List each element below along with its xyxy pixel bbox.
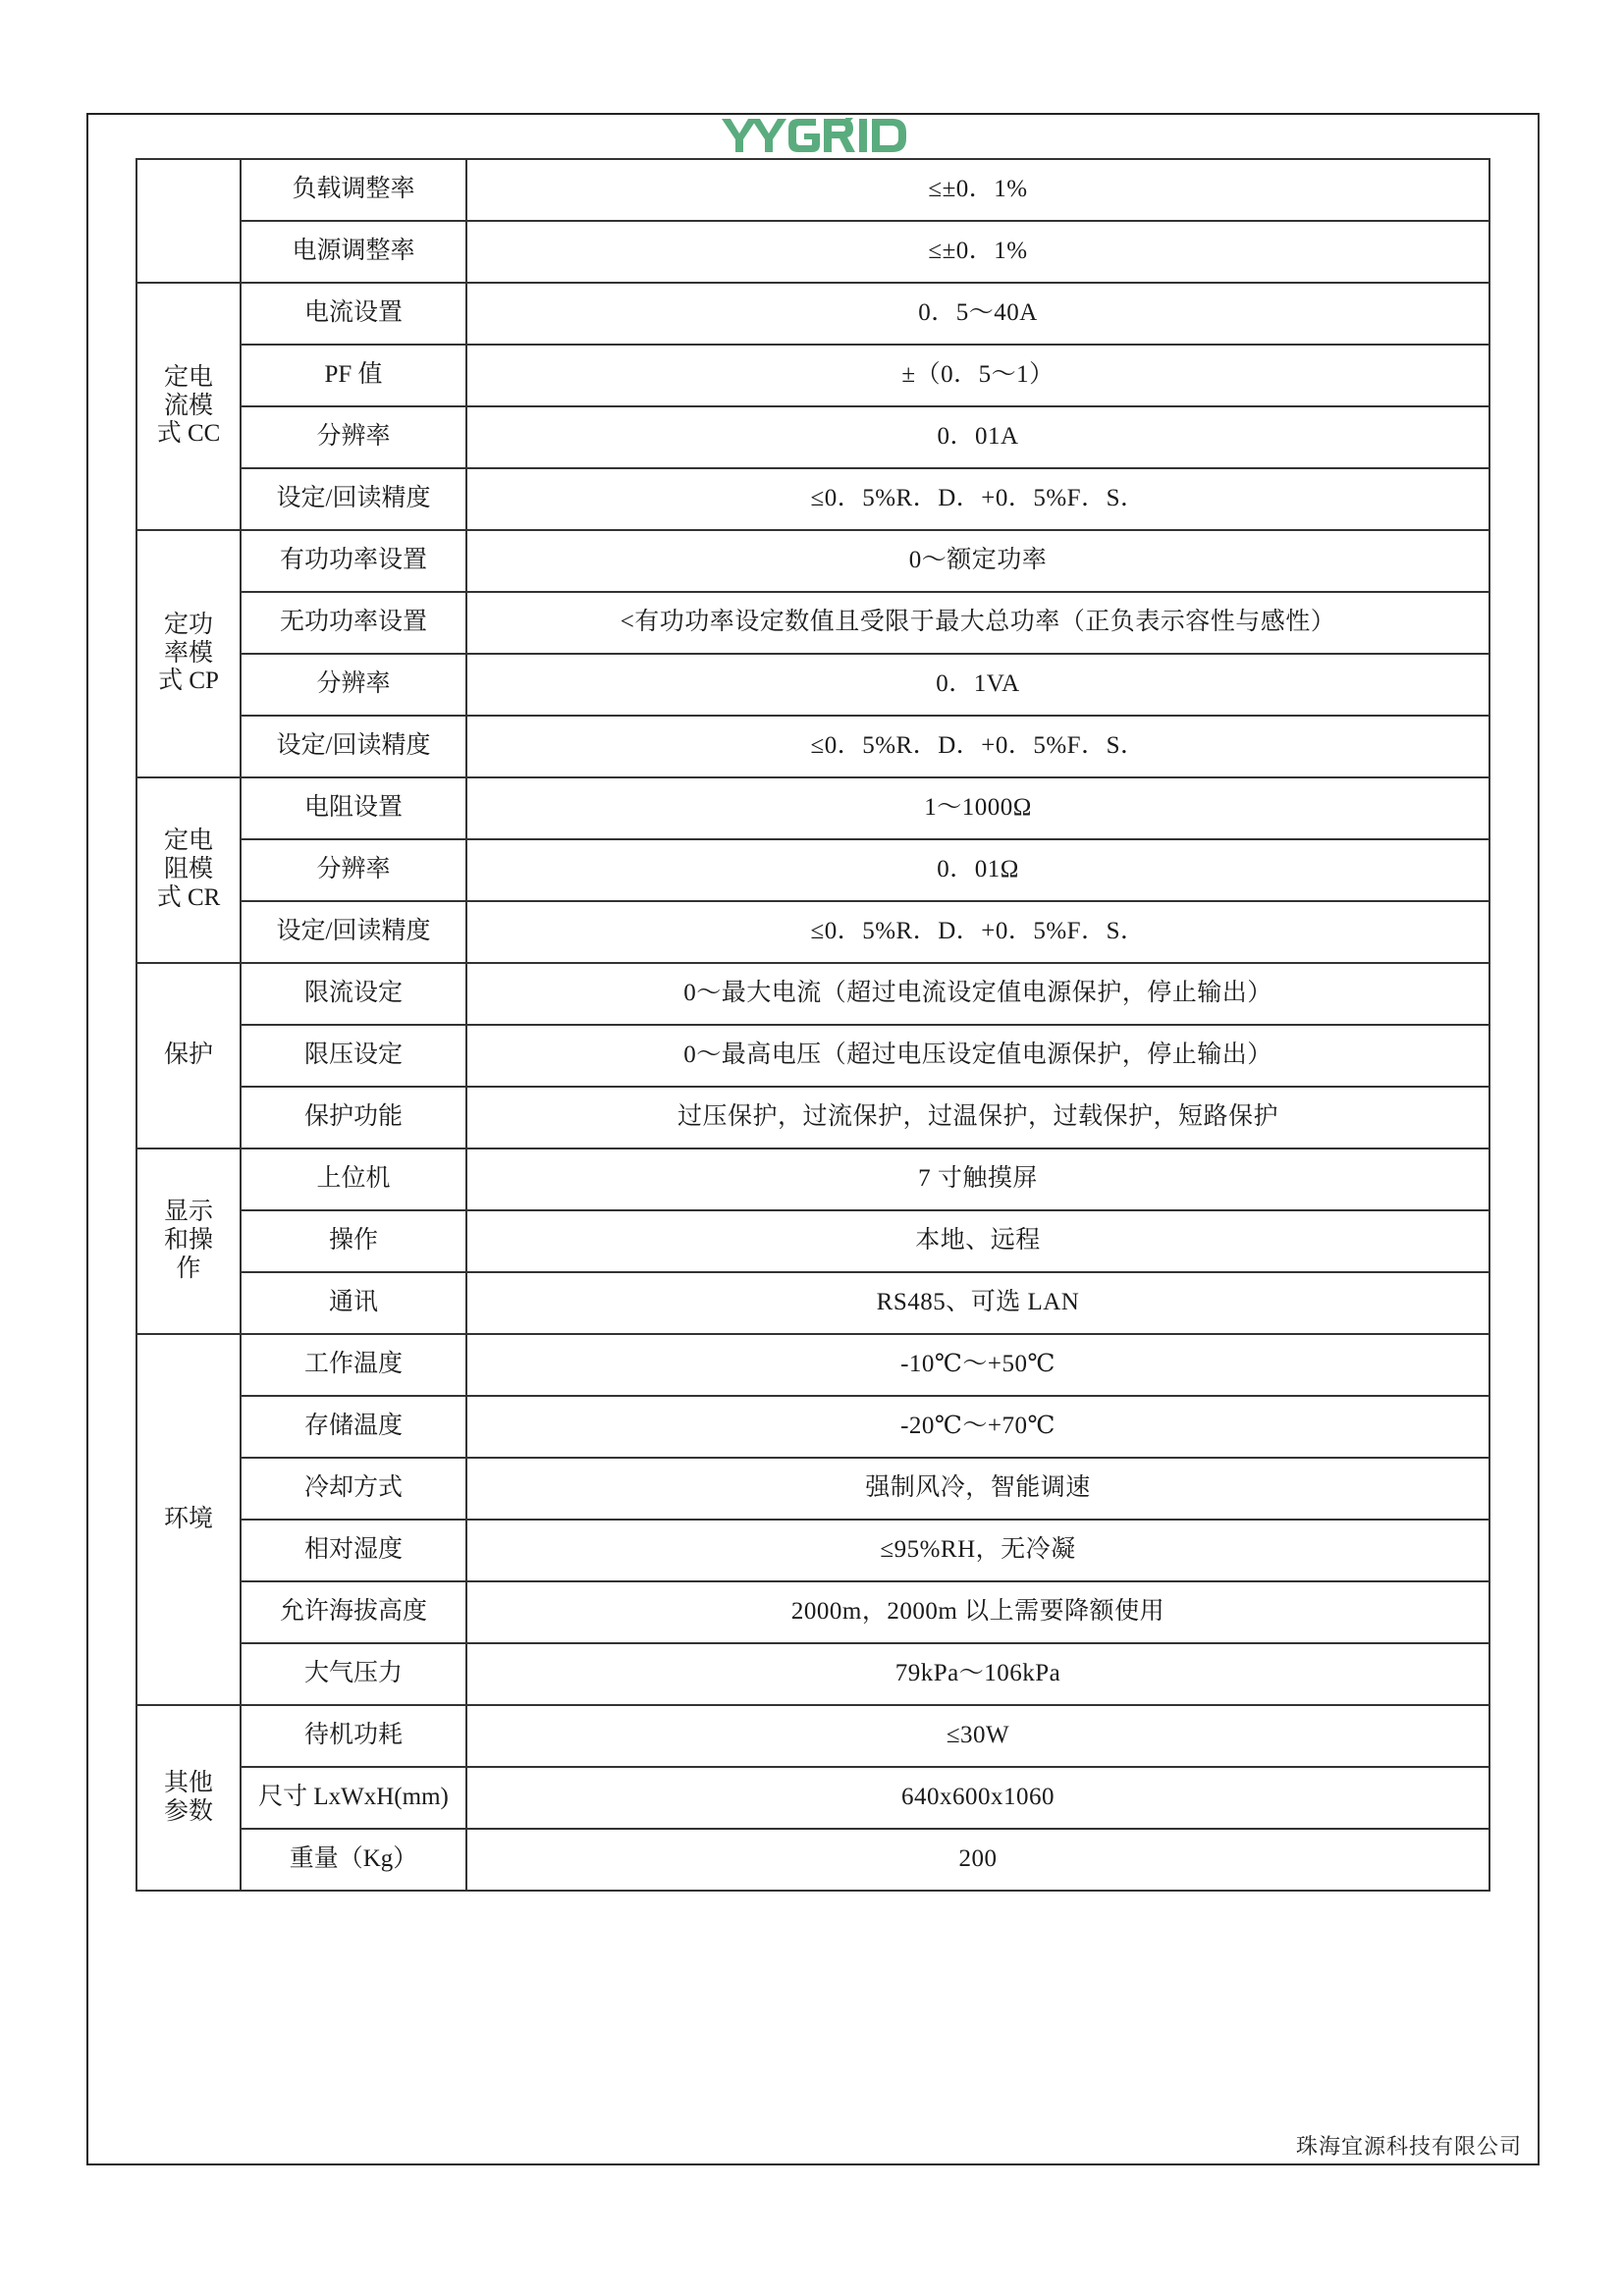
group-label-line: 式 CP: [137, 667, 240, 696]
group-label-line: 环境: [137, 1506, 240, 1534]
group-label-line: 其他: [137, 1770, 240, 1798]
param-cell: PF 值: [241, 345, 466, 406]
param-cell: 无功功率设置: [241, 592, 466, 654]
group-label-cp-mode: 定功 率模 式 CP: [136, 530, 241, 777]
value-cell: -10℃～+50℃: [466, 1334, 1489, 1396]
group-label-cr-mode: 定电 阻模 式 CR: [136, 777, 241, 963]
value-cell: ≤±0．1%: [466, 221, 1489, 283]
table-row: 允许海拔高度 2000m，2000m 以上需要降额使用: [136, 1581, 1489, 1643]
group-label-line: 显示: [137, 1199, 240, 1227]
table-row: 环境 工作温度 -10℃～+50℃: [136, 1334, 1489, 1396]
value-cell: ±（0．5～1）: [466, 345, 1489, 406]
group-label-other-params: 其他 参数: [136, 1705, 241, 1891]
param-cell: 保护功能: [241, 1087, 466, 1148]
group-label-blank: [136, 159, 241, 283]
param-cell: 设定/回读精度: [241, 468, 466, 530]
group-label-line: 阻模: [137, 856, 240, 884]
param-cell: 待机功耗: [241, 1705, 466, 1767]
table-row: 重量（Kg） 200: [136, 1829, 1489, 1891]
param-cell: 允许海拔高度: [241, 1581, 466, 1643]
table-row: 保护 限流设定 0～最大电流（超过电流设定值电源保护，停止输出）: [136, 963, 1489, 1025]
table-row: 设定/回读精度 ≤0．5%R．D．+0．5%F．S．: [136, 901, 1489, 963]
table-row: 操作 本地、远程: [136, 1210, 1489, 1272]
group-label-cc-mode: 定电 流模 式 CC: [136, 283, 241, 530]
value-cell: 强制风冷，智能调速: [466, 1458, 1489, 1520]
param-cell: 电阻设置: [241, 777, 466, 839]
param-cell: 上位机: [241, 1148, 466, 1210]
value-cell: 本地、远程: [466, 1210, 1489, 1272]
table-row: 负载调整率 ≤±0．1%: [136, 159, 1489, 221]
group-label-line: 流模: [137, 393, 240, 421]
group-label-line: 参数: [137, 1798, 240, 1827]
param-cell: 重量（Kg）: [241, 1829, 466, 1891]
table-row: 设定/回读精度 ≤0．5%R．D．+0．5%F．S．: [136, 468, 1489, 530]
table-row: 分辨率 0．01Ω: [136, 839, 1489, 901]
table-row: 设定/回读精度 ≤0．5%R．D．+0．5%F．S．: [136, 716, 1489, 777]
value-cell: ≤0．5%R．D．+0．5%F．S．: [466, 468, 1489, 530]
value-cell: ≤30W: [466, 1705, 1489, 1767]
group-label-environment: 环境: [136, 1334, 241, 1705]
table-row: 分辨率 0．1VA: [136, 654, 1489, 716]
param-cell: 工作温度: [241, 1334, 466, 1396]
group-label-line: 定功: [137, 612, 240, 640]
param-cell: 分辨率: [241, 406, 466, 468]
param-cell: 负载调整率: [241, 159, 466, 221]
group-label-line: 式 CR: [137, 884, 240, 913]
value-cell: <有功功率设定数值且受限于最大总功率（正负表示容性与感性）: [466, 592, 1489, 654]
value-cell: 0～最大电流（超过电流设定值电源保护，停止输出）: [466, 963, 1489, 1025]
param-cell: 设定/回读精度: [241, 901, 466, 963]
group-label-line: 定电: [137, 364, 240, 393]
param-cell: 限流设定: [241, 963, 466, 1025]
value-cell: 2000m，2000m 以上需要降额使用: [466, 1581, 1489, 1643]
value-cell: 0～最高电压（超过电压设定值电源保护，停止输出）: [466, 1025, 1489, 1087]
table-row: 限压设定 0～最高电压（超过电压设定值电源保护，停止输出）: [136, 1025, 1489, 1087]
yygrid-logo: [722, 116, 908, 155]
table-row: 保护功能 过压保护，过流保护，过温保护，过载保护，短路保护: [136, 1087, 1489, 1148]
table-row: 定电 流模 式 CC 电流设置 0．5～40A: [136, 283, 1489, 345]
group-label-display-operation: 显示 和操 作: [136, 1148, 241, 1334]
value-cell: 0．5～40A: [466, 283, 1489, 345]
param-cell: 分辨率: [241, 839, 466, 901]
value-cell: ≤95%RH，无冷凝: [466, 1520, 1489, 1581]
param-cell: 尺寸 LxWxH(mm): [241, 1767, 466, 1829]
table-row: 定功 率模 式 CP 有功功率设置 0～额定功率: [136, 530, 1489, 592]
param-cell: 通讯: [241, 1272, 466, 1334]
param-cell: 有功功率设置: [241, 530, 466, 592]
table-row: 通讯 RS485、可选 LAN: [136, 1272, 1489, 1334]
spec-table: 负载调整率 ≤±0．1% 电源调整率 ≤±0．1% 定电 流模 式 CC 电流设…: [135, 158, 1490, 1892]
table-row: 尺寸 LxWxH(mm) 640x600x1060: [136, 1767, 1489, 1829]
value-cell: 79kPa～106kPa: [466, 1643, 1489, 1705]
value-cell: 过压保护，过流保护，过温保护，过载保护，短路保护: [466, 1087, 1489, 1148]
table-row: 冷却方式 强制风冷，智能调速: [136, 1458, 1489, 1520]
param-cell: 存储温度: [241, 1396, 466, 1458]
group-label-line: 式 CC: [137, 420, 240, 449]
param-cell: 操作: [241, 1210, 466, 1272]
group-label-protection: 保护: [136, 963, 241, 1148]
param-cell: 设定/回读精度: [241, 716, 466, 777]
table-row: 定电 阻模 式 CR 电阻设置 1～1000Ω: [136, 777, 1489, 839]
value-cell: 1～1000Ω: [466, 777, 1489, 839]
group-label-line: 率模: [137, 640, 240, 668]
value-cell: 0．1VA: [466, 654, 1489, 716]
value-cell: ≤0．5%R．D．+0．5%F．S．: [466, 716, 1489, 777]
param-cell: 电源调整率: [241, 221, 466, 283]
param-cell: 分辨率: [241, 654, 466, 716]
value-cell: ≤0．5%R．D．+0．5%F．S．: [466, 901, 1489, 963]
value-cell: ≤±0．1%: [466, 159, 1489, 221]
value-cell: RS485、可选 LAN: [466, 1272, 1489, 1334]
table-row: 相对湿度 ≤95%RH，无冷凝: [136, 1520, 1489, 1581]
table-row: 大气压力 79kPa～106kPa: [136, 1643, 1489, 1705]
table-row: 电源调整率 ≤±0．1%: [136, 221, 1489, 283]
table-row: 存储温度 -20℃～+70℃: [136, 1396, 1489, 1458]
footer-company-name: 珠海宜源科技有限公司: [1296, 2130, 1522, 2161]
param-cell: 限压设定: [241, 1025, 466, 1087]
logo-wordmark-icon: [722, 116, 908, 155]
value-cell: 0．01Ω: [466, 839, 1489, 901]
param-cell: 大气压力: [241, 1643, 466, 1705]
value-cell: 640x600x1060: [466, 1767, 1489, 1829]
table-row: 其他 参数 待机功耗 ≤30W: [136, 1705, 1489, 1767]
table-row: 分辨率 0．01A: [136, 406, 1489, 468]
table-row: 无功功率设置 <有功功率设定数值且受限于最大总功率（正负表示容性与感性）: [136, 592, 1489, 654]
table-row: PF 值 ±（0．5～1）: [136, 345, 1489, 406]
group-label-line: 和操: [137, 1227, 240, 1255]
value-cell: 200: [466, 1829, 1489, 1891]
value-cell: 0．01A: [466, 406, 1489, 468]
value-cell: 0～额定功率: [466, 530, 1489, 592]
value-cell: 7 寸触摸屏: [466, 1148, 1489, 1210]
param-cell: 电流设置: [241, 283, 466, 345]
table-row: 显示 和操 作 上位机 7 寸触摸屏: [136, 1148, 1489, 1210]
param-cell: 冷却方式: [241, 1458, 466, 1520]
value-cell: -20℃～+70℃: [466, 1396, 1489, 1458]
group-label-line: 作: [137, 1255, 240, 1284]
param-cell: 相对湿度: [241, 1520, 466, 1581]
group-label-line: 定电: [137, 828, 240, 856]
group-label-line: 保护: [137, 1041, 240, 1070]
